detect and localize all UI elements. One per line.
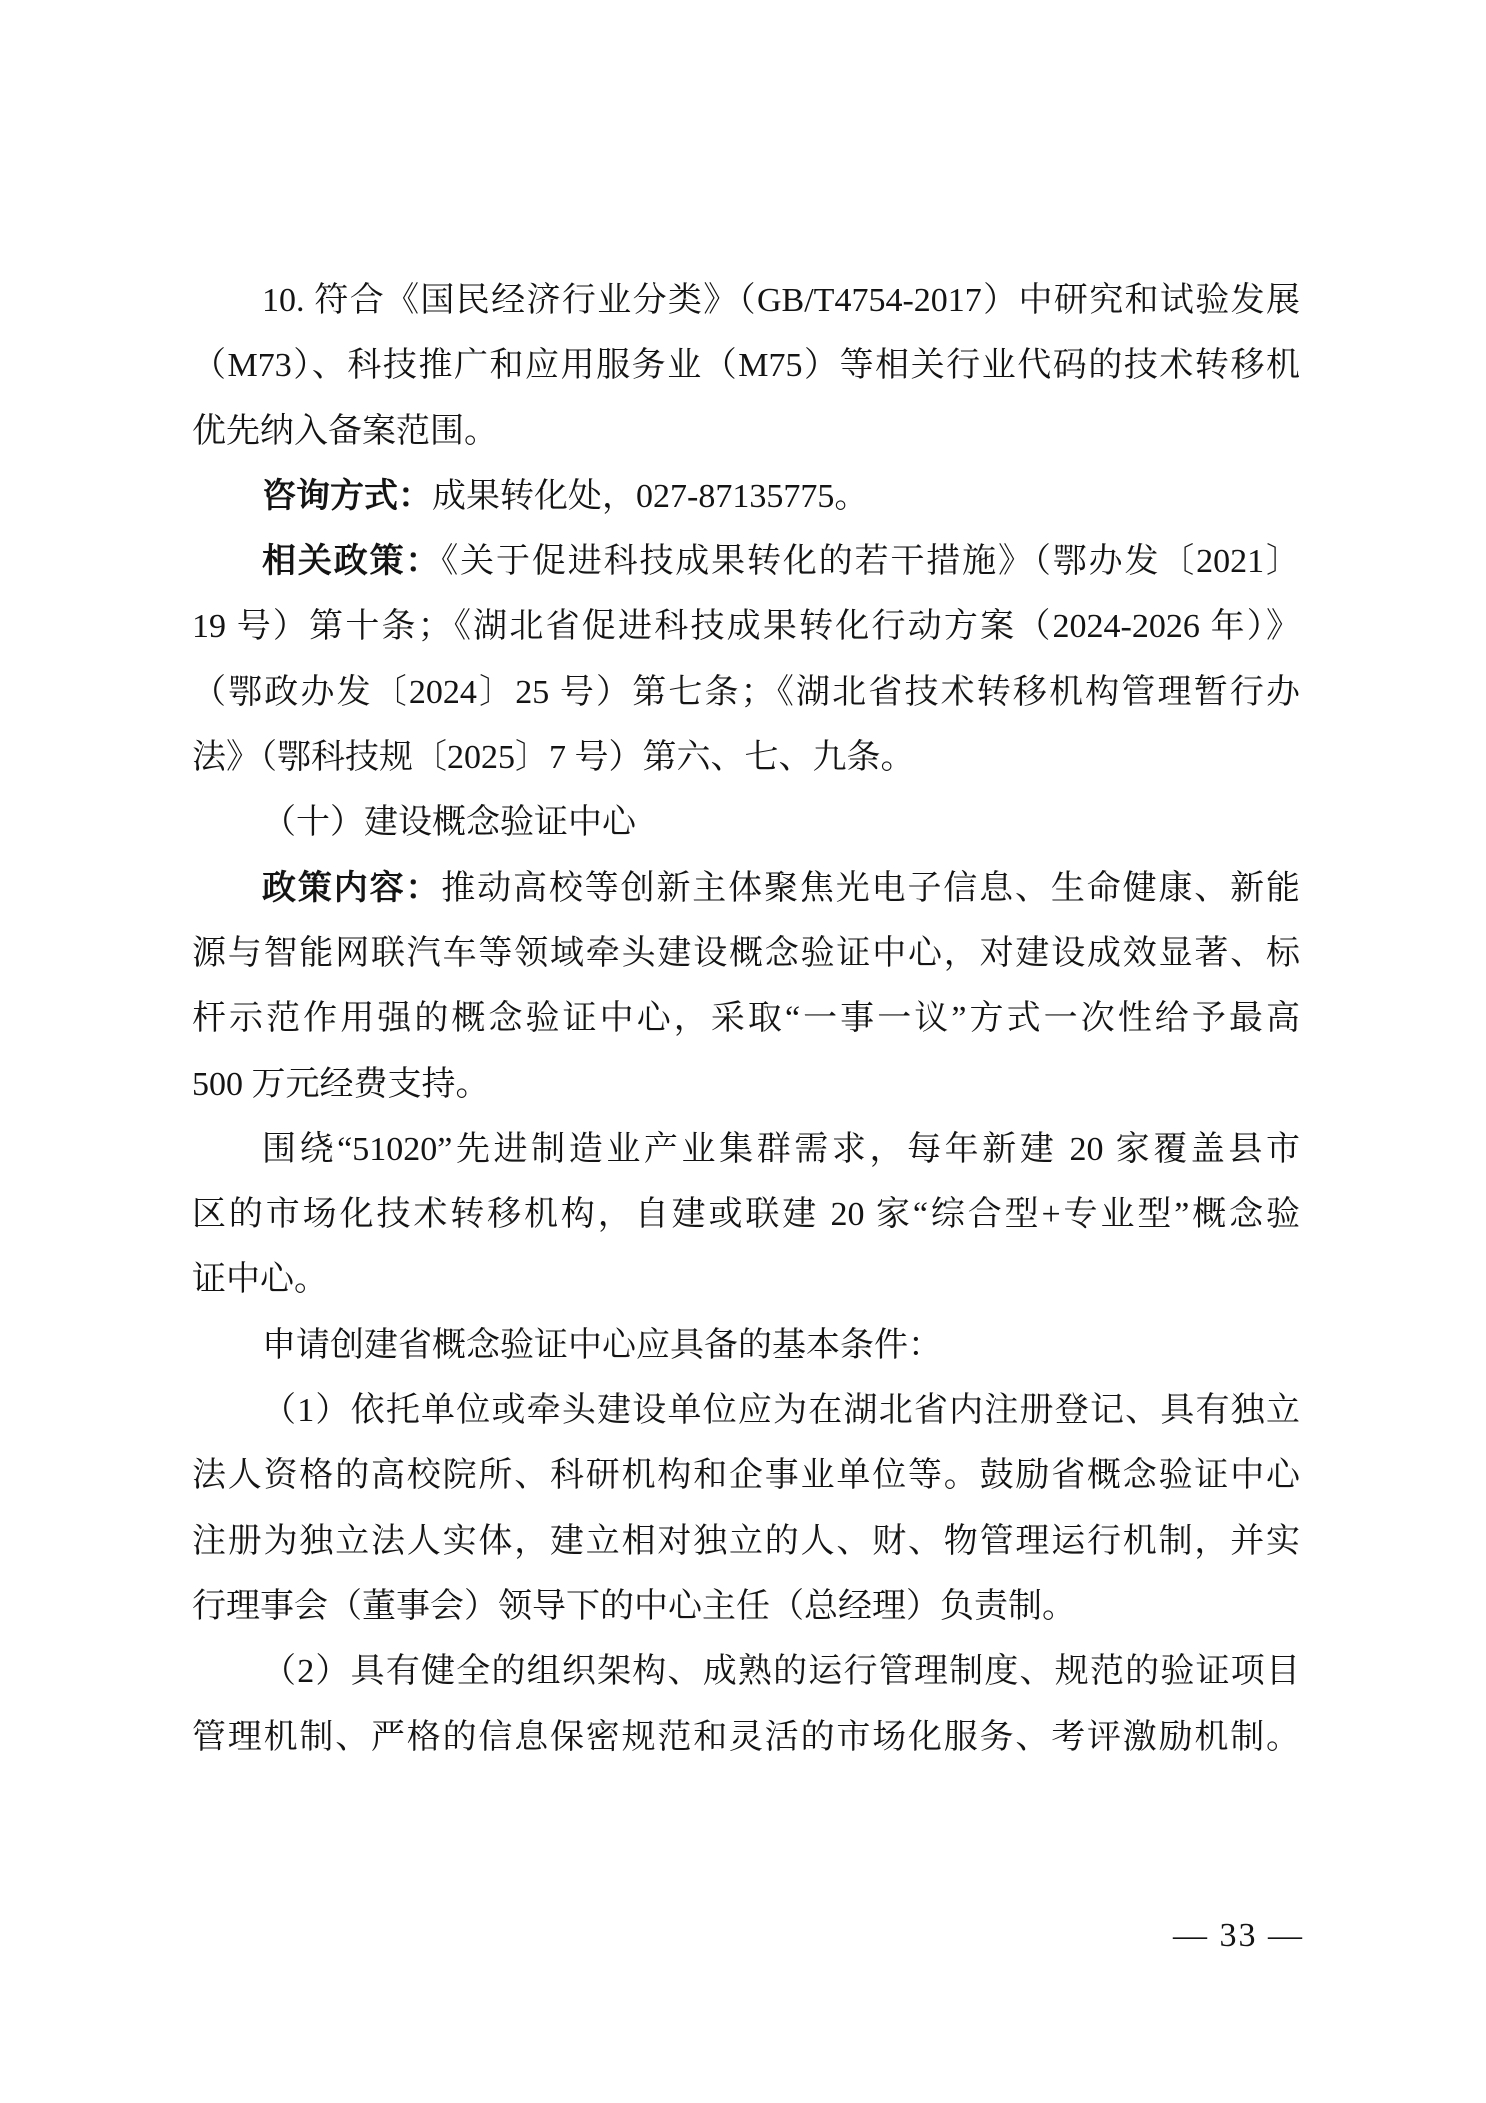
text-line: 证中心。 [192,1247,1300,1312]
text-line: 法》（鄂科技规〔2025〕7 号）第六、七、九条。 [192,725,1300,790]
text-line: 500 万元经费支持。 [192,1052,1300,1117]
inline-text: 推动高校等创新主体聚焦光电子信息、生命健康、新能 [441,870,1300,907]
text-line: 咨询方式：成果转化处，027-87135775。 [192,464,1300,529]
text-line: 区的市场化技术转移机构，自建或联建 20 家“综合型+专业型”概念验 [192,1182,1300,1247]
text-line: 管理机制、严格的信息保密规范和灵活的市场化服务、考评激励机制。 [192,1705,1300,1770]
text-line: 申请创建省概念验证中心应具备的基本条件： [192,1313,1300,1378]
document-page: { "document": { "lines": [ { "text": "10… [0,0,1486,2103]
text-line: 相关政策：《关于促进科技成果转化的若干措施》（鄂办发〔2021〕 [192,529,1300,594]
document-body: 10. 符合《国民经济行业分类》（GB/T4754-2017）中研究和试验发展 … [192,268,1300,1770]
inline-bold-label: 咨询方式： [262,478,432,515]
text-line: 优先纳入备案范围。 [192,399,1300,464]
text-line: 政策内容：推动高校等创新主体聚焦光电子信息、生命健康、新能 [192,856,1300,921]
text-line: 行理事会（董事会）领导下的中心主任（总经理）负责制。 [192,1574,1300,1639]
inline-text: 成果转化处，027-87135775。 [432,478,868,515]
text-line: （M73）、科技推广和应用服务业（M75）等相关行业代码的技术转移机构， [192,333,1300,398]
text-line: 注册为独立法人实体，建立相对独立的人、财、物管理运行机制，并实 [192,1509,1300,1574]
text-line: 法人资格的高校院所、科研机构和企事业单位等。鼓励省概念验证中心 [192,1443,1300,1508]
text-line: （鄂政办发〔2024〕25 号）第七条；《湖北省技术转移机构管理暂行办 [192,660,1300,725]
text-line: 19 号）第十条；《湖北省促进科技成果转化行动方案（2024-2026 年）》 [192,594,1300,659]
text-line: （1）依托单位或牵头建设单位应为在湖北省内注册登记、具有独立 [192,1378,1300,1443]
page-number: — 33 — [1173,1906,1304,1966]
section-heading-line: （十）建设概念验证中心 [192,790,1300,855]
inline-text: 《关于促进科技成果转化的若干措施》（鄂办发〔2021〕 [441,543,1300,580]
text-line: （2）具有健全的组织架构、成熟的运行管理制度、规范的验证项目 [192,1639,1300,1704]
text-line: 源与智能网联汽车等领域牵头建设概念验证中心，对建设成效显著、标 [192,921,1300,986]
text-line: 10. 符合《国民经济行业分类》（GB/T4754-2017）中研究和试验发展 [192,268,1300,333]
text-line: 围绕“51020”先进制造业产业集群需求，每年新建 20 家覆盖县市 [192,1117,1300,1182]
inline-bold-label: 相关政策： [262,543,441,580]
text-line: 杆示范作用强的概念验证中心，采取“一事一议”方式一次性给予最高 [192,986,1300,1051]
inline-bold-label: 政策内容： [262,870,441,907]
